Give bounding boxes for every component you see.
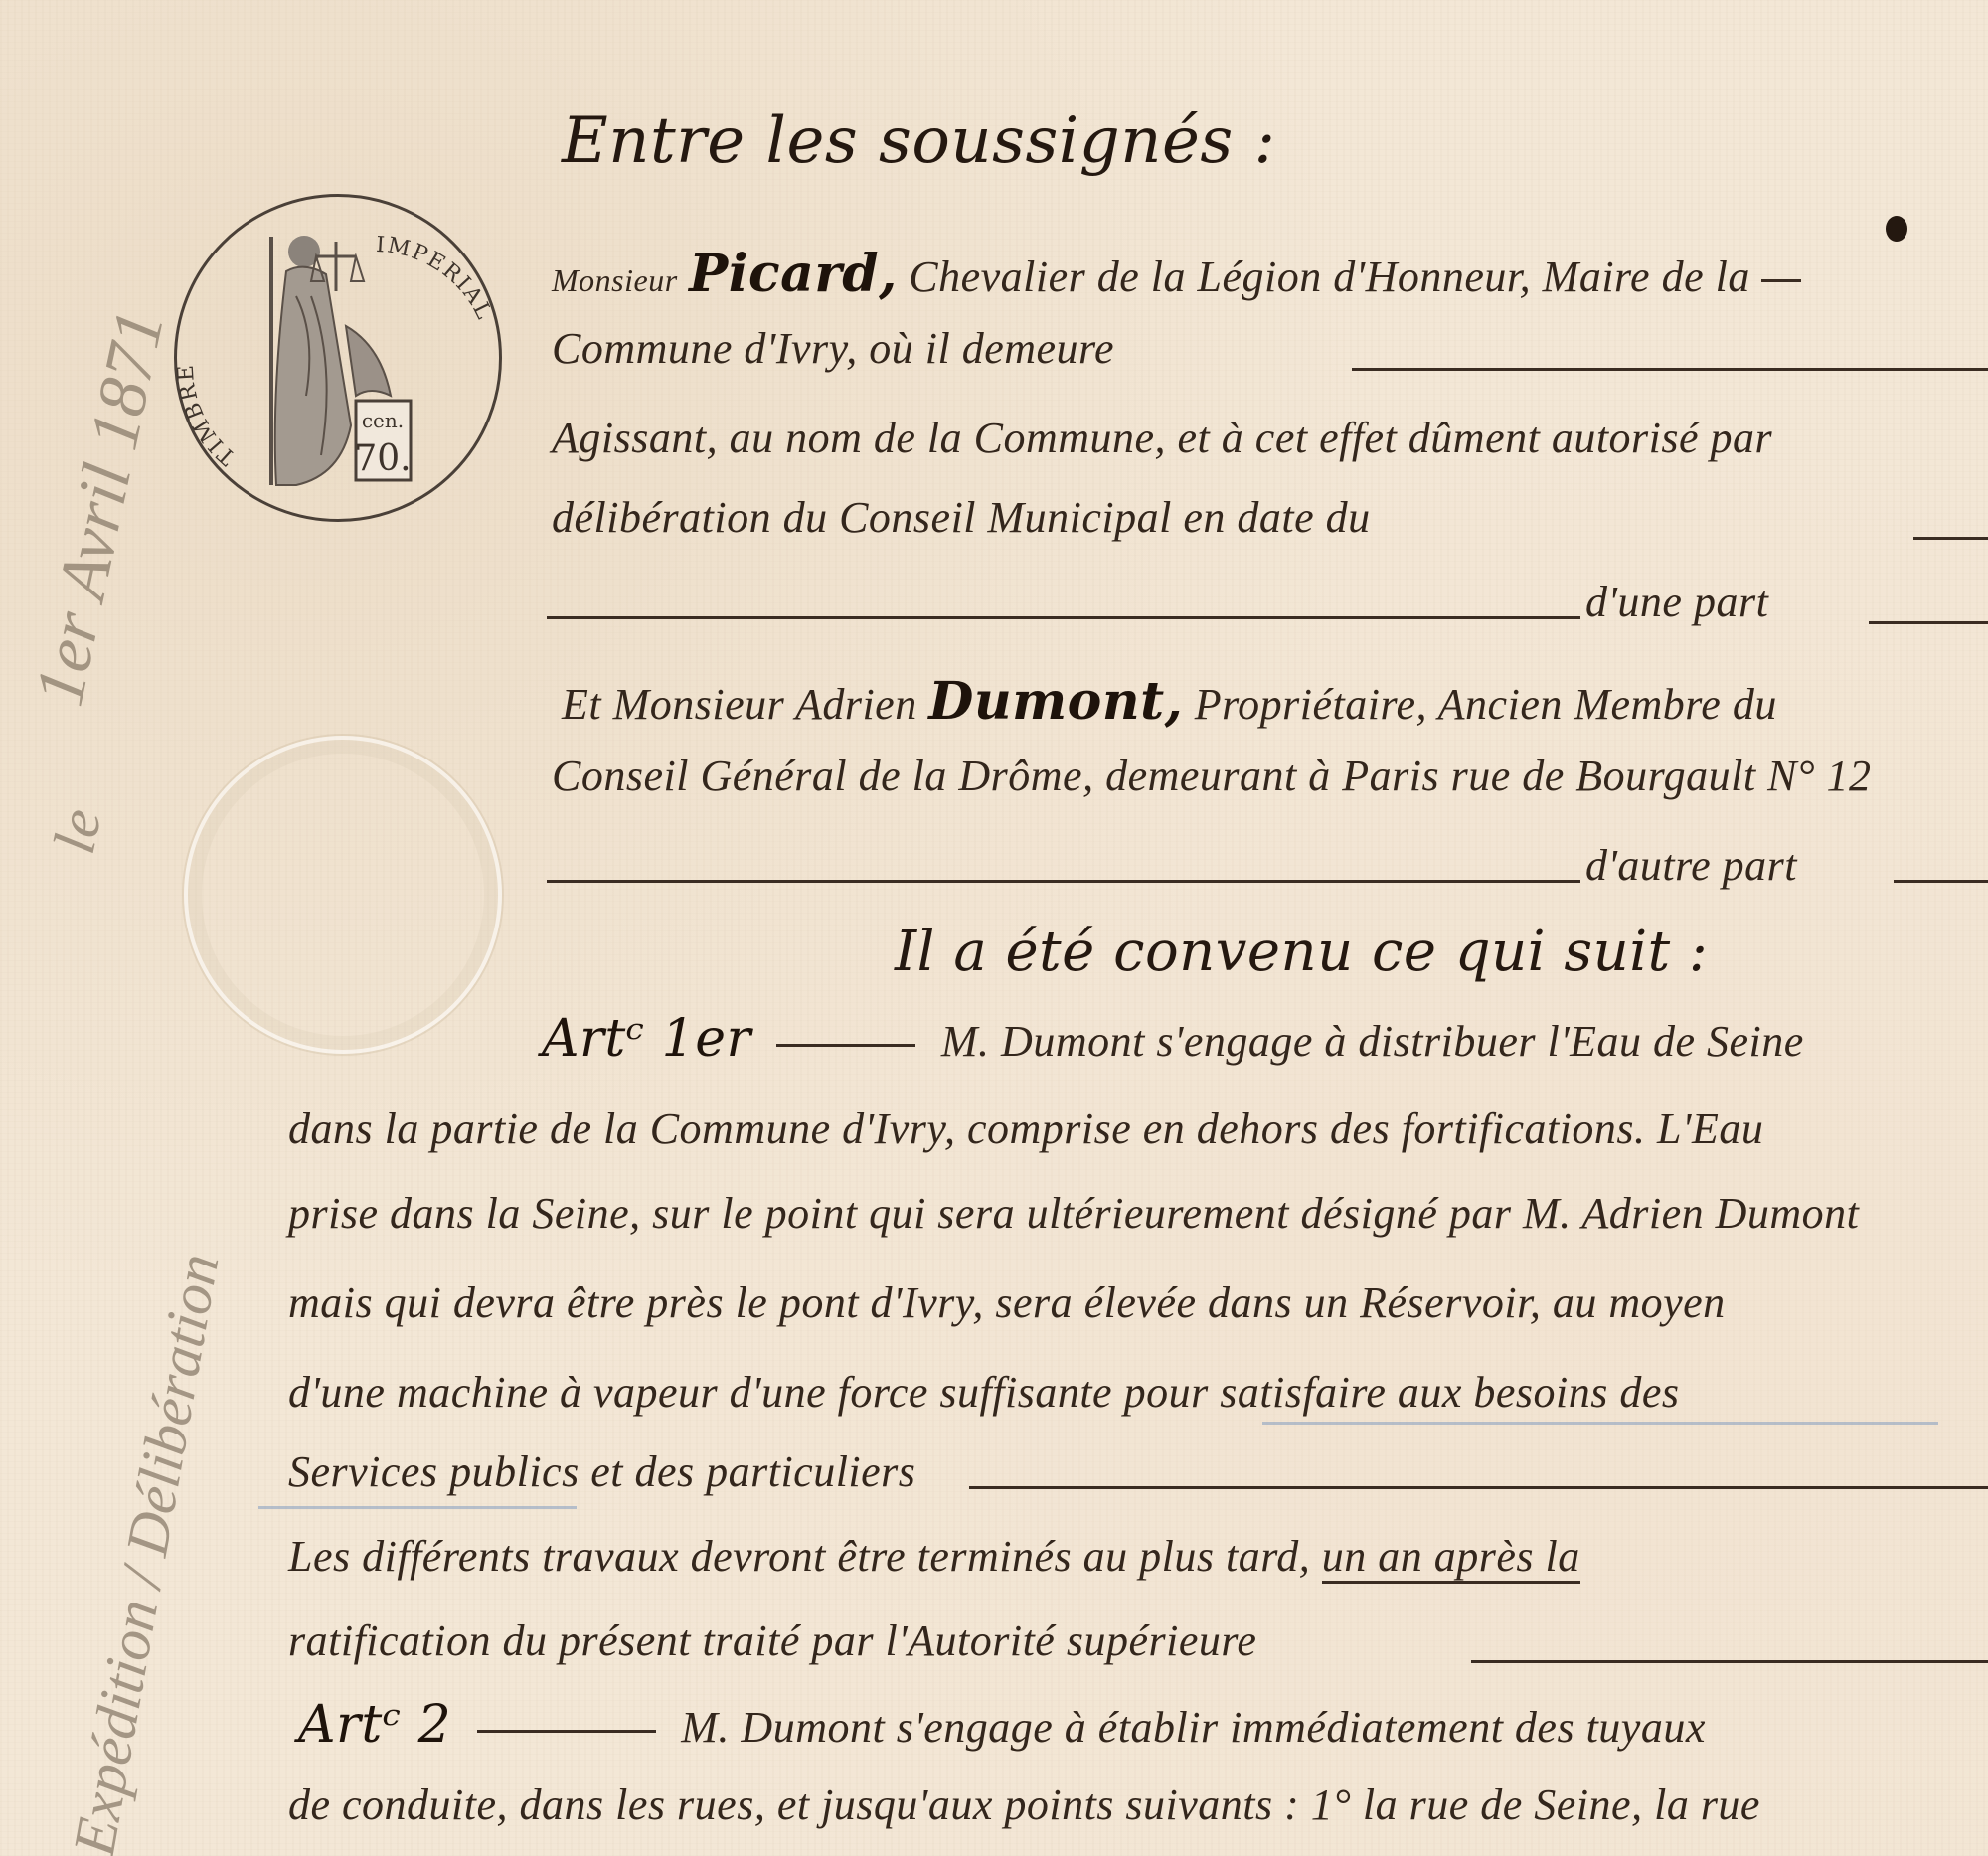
filler-rule — [477, 1730, 656, 1733]
party-one-line-1: Monsieur Picard, Chevalier de la Légion … — [552, 244, 1801, 304]
article-2-line-2: de conduite, dans les rues, et jusqu'aux… — [288, 1779, 1760, 1830]
article-1-line-1: Artᶜ 1er M. Dumont s'engage à distribuer… — [542, 1009, 1804, 1069]
filler-rule — [1352, 368, 1988, 371]
filler-rule — [776, 1044, 915, 1047]
party-two-name: Dumont, — [928, 671, 1183, 732]
justice-figure-icon: TIMBRE IMPERIAL cen. 70. — [177, 197, 505, 525]
party-one-name: Picard, — [689, 244, 898, 304]
imperial-tax-stamp: TIMBRE IMPERIAL cen. 70. — [174, 194, 502, 522]
agreement-heading: Il a été convenu ce qui suit : — [895, 920, 1708, 984]
article-1-line-4: mais qui devra être près le pont d'Ivry,… — [288, 1277, 1726, 1328]
margin-note-middle: le — [40, 803, 115, 860]
party-two-closing: d'autre part — [1585, 840, 1797, 891]
filler-rule — [1869, 621, 1988, 624]
article-1-deadline-text: Les différents travaux devront être term… — [288, 1532, 1310, 1581]
margin-note-date: 1er Avril 1871 — [20, 304, 181, 713]
filler-rule — [547, 880, 1580, 883]
filler-rule — [1761, 279, 1801, 282]
svg-text:cen.: cen. — [362, 409, 404, 432]
article-1-line-5: d'une machine à vapeur d'une force suffi… — [288, 1367, 1680, 1418]
article-1-label: Artᶜ 1er — [542, 1009, 751, 1069]
party-two-line-2: Conseil Général de la Drôme, demeurant à… — [552, 751, 1872, 801]
party-two-line-1: Et Monsieur Adrien Dumont, Propriétaire,… — [562, 671, 1777, 732]
party-one-line-4: délibération du Conseil Municipal en dat… — [552, 492, 1371, 543]
party-one-line-2: Commune d'Ivry, où il demeure — [552, 323, 1114, 374]
svg-text:TIMBRE: TIMBRE — [177, 363, 241, 470]
filler-rule — [1471, 1660, 1988, 1663]
article-2-label: Artᶜ 2 — [298, 1695, 451, 1755]
margin-note-bottom: Expédition / Délibération — [60, 1249, 233, 1856]
party-one-closing: d'une part — [1585, 577, 1768, 627]
article-1-text: M. Dumont s'engage à distribuer l'Eau de… — [941, 1017, 1804, 1066]
article-2-text: M. Dumont s'engage à établir immédiateme… — [681, 1703, 1706, 1752]
article-2-line-1: Artᶜ 2 M. Dumont s'engage à établir immé… — [298, 1695, 1706, 1755]
party-one-title: Chevalier de la Légion d'Honneur, Maire … — [909, 253, 1750, 301]
article-1-line-6: Services publics et des particuliers — [288, 1446, 915, 1497]
party-one-residence: Commune d'Ivry, où il demeure — [552, 324, 1114, 373]
article-1-line-8: ratification du présent traité par l'Aut… — [288, 1615, 1256, 1666]
filler-rule — [547, 616, 1580, 619]
svg-text:IMPERIAL: IMPERIAL — [376, 233, 497, 325]
party-two-title: Propriétaire, Ancien Membre du — [1195, 680, 1777, 729]
blue-pencil-mark — [1262, 1422, 1938, 1425]
filler-rule — [969, 1486, 1988, 1489]
blue-pencil-mark — [258, 1506, 577, 1509]
ink-blot — [1886, 216, 1907, 242]
filler-rule — [1913, 537, 1988, 540]
filler-rule — [1894, 880, 1988, 883]
embossed-seal — [184, 736, 502, 1054]
article-1-deadline-underlined: un an après la — [1322, 1532, 1580, 1584]
article-1-line-3: prise dans la Seine, sur le point qui se… — [288, 1188, 1859, 1239]
party-one-prefix: Monsieur — [552, 262, 678, 298]
article-1-line-7: Les différents travaux devront être term… — [288, 1531, 1580, 1582]
article-1-line-2: dans la partie de la Commune d'Ivry, com… — [288, 1103, 1763, 1154]
party-two-prefix: Et Monsieur Adrien — [562, 680, 917, 729]
party-one-line-3: Agissant, au nom de la Commune, et à cet… — [552, 413, 1772, 463]
document-title: Entre les soussignés : — [562, 104, 1276, 178]
svg-text:70.: 70. — [354, 438, 411, 479]
